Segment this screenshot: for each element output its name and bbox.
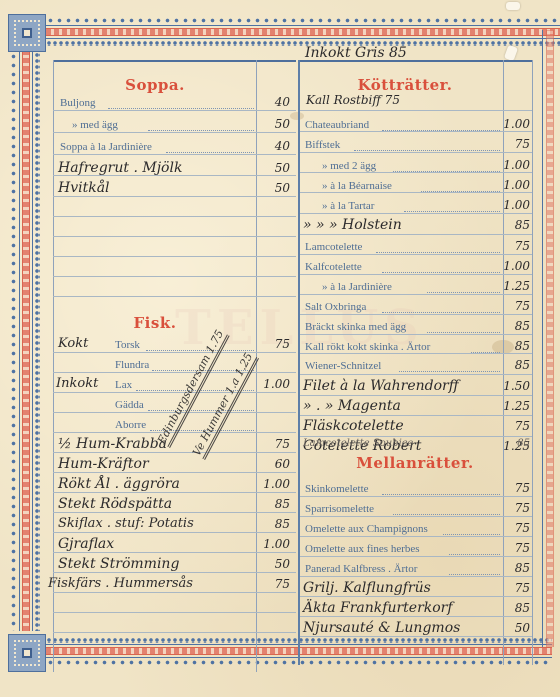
left-table-top-rule xyxy=(53,60,296,62)
border-left xyxy=(10,52,40,631)
menu-price: 75 xyxy=(500,580,530,596)
menu-price: 75 xyxy=(500,298,530,314)
menu-price: 85 xyxy=(258,516,290,532)
menu-price: 1.00 xyxy=(258,376,290,392)
ruled-line xyxy=(300,294,532,295)
ruled-line xyxy=(300,110,532,111)
handwritten-item: Njursauté & Lungmos xyxy=(303,620,460,636)
handwritten-item: Stekt Strömming xyxy=(58,556,179,572)
menu-item: Torsk xyxy=(115,338,140,352)
ruled-line xyxy=(300,596,532,597)
ruled-line xyxy=(300,636,532,637)
handwritten-item: Rökt Ål . äggröra xyxy=(58,476,180,492)
dot-leader xyxy=(108,107,254,109)
menu-price: 1.00 xyxy=(500,177,530,193)
menu-price: 50 xyxy=(258,116,290,132)
handwritten-note: Kall Rostbiff 75 xyxy=(306,92,400,108)
menu-price: 85 xyxy=(500,436,530,452)
section-heading-fisk: Fisk. xyxy=(120,314,190,332)
ruled-line xyxy=(53,632,296,633)
menu-price: 75 xyxy=(500,520,530,536)
menu-price: 85 xyxy=(500,600,530,616)
menu-item: Lax xyxy=(115,378,132,392)
ruled-line xyxy=(300,234,532,235)
ruled-line xyxy=(53,276,296,277)
menu-price: 75 xyxy=(500,238,530,254)
menu-price: 1.25 xyxy=(500,278,530,294)
menu-item: Kall rökt kokt skinka . Ärtor xyxy=(305,340,430,354)
menu-price: 50 xyxy=(258,160,290,176)
ruled-line xyxy=(53,216,296,217)
menu-price: 40 xyxy=(258,94,290,110)
ruled-line xyxy=(300,213,532,214)
ruled-line xyxy=(300,536,532,537)
menu-item: » à la Béarnaise xyxy=(322,179,392,193)
handwritten-prefix: Kokt xyxy=(58,336,88,352)
handwritten-item: » » » Holstein xyxy=(303,217,402,233)
ruled-line xyxy=(53,154,296,155)
ruled-line xyxy=(53,492,296,493)
menu-item: Chateaubriand xyxy=(305,118,369,132)
menu-item: Soppa à la Jardinière xyxy=(60,140,152,154)
handwritten-item: Skiflax . stuf: Potatis xyxy=(58,516,194,532)
header-note-handwritten: Inkokt Gris 85 xyxy=(305,45,407,61)
menu-item: Omelette aux Champignons xyxy=(305,522,428,536)
ruled-line xyxy=(300,314,532,315)
ruled-line xyxy=(53,236,296,237)
dot-leader xyxy=(471,351,500,353)
handwritten-item: Fläskcotelette xyxy=(303,418,404,434)
menu-item: Aborre xyxy=(115,418,146,432)
center-divider xyxy=(298,60,300,665)
menu-price: 50 xyxy=(500,620,530,636)
ruled-line xyxy=(53,592,296,593)
dot-leader xyxy=(421,190,500,192)
paper-tear xyxy=(506,2,520,10)
handwritten-item: Gjraflax xyxy=(58,536,114,552)
dot-leader xyxy=(166,151,254,153)
menu-price: 50 xyxy=(258,180,290,196)
menu-price: 85 xyxy=(500,318,530,334)
handwritten-item: ½ Hum-Krabba xyxy=(58,436,167,452)
menu-item: Skinkomelette xyxy=(305,482,369,496)
handwritten-item: Filet à la Wahrendorff xyxy=(303,378,459,394)
ruled-line xyxy=(53,532,296,533)
menu-item: Flundra xyxy=(115,358,149,372)
handwritten-item: Hvitkål xyxy=(58,180,110,196)
corner-ornament-top-left xyxy=(8,14,46,52)
menu-item: Bräckt skinka med ägg xyxy=(305,320,406,334)
menu-item: Gädda xyxy=(115,398,144,412)
ruled-line xyxy=(300,274,532,275)
dot-leader xyxy=(399,370,500,372)
ruled-line xyxy=(300,334,532,335)
menu-item: » med 2 ägg xyxy=(322,159,376,173)
handwritten-item: Lamcotelette Soubice xyxy=(303,436,413,452)
dot-leader xyxy=(382,129,500,131)
menu-item: Wiener-Schnitzel xyxy=(305,359,381,373)
ruled-line xyxy=(300,576,532,577)
dot-leader xyxy=(382,311,500,313)
menu-price: 1.00 xyxy=(500,258,530,274)
handwritten-item: Äkta Frankfurterkorf xyxy=(303,600,453,616)
menu-price: 1.25 xyxy=(500,398,530,414)
menu-price: 75 xyxy=(500,480,530,496)
menu-price: 1.50 xyxy=(500,378,530,394)
dot-leader xyxy=(427,291,500,293)
menu-item: Omelette aux fines herbes xyxy=(305,542,420,556)
menu-price: 50 xyxy=(258,556,290,572)
ruled-line xyxy=(53,512,296,513)
ruled-line xyxy=(53,372,296,373)
handwritten-item: Hafregrut . Mjölk xyxy=(58,160,182,176)
dot-leader xyxy=(449,553,500,555)
ruled-line xyxy=(53,452,296,453)
dot-leader xyxy=(393,513,500,515)
ruled-line xyxy=(53,552,296,553)
dot-leader xyxy=(382,493,500,495)
menu-price: 1.00 xyxy=(500,197,530,213)
menu-price: 75 xyxy=(500,540,530,556)
ruled-line xyxy=(53,110,296,111)
dot-leader xyxy=(393,170,500,172)
section-heading-soppa: Soppa. xyxy=(100,76,210,94)
handwritten-item: Hum-Kräftor xyxy=(58,456,149,472)
ruled-line xyxy=(53,296,296,297)
dot-leader xyxy=(382,271,500,273)
menu-item: Salt Oxbringa xyxy=(305,300,366,314)
section-heading-mellanratter: Mellanrätter. xyxy=(340,454,490,472)
left-price-divider xyxy=(256,60,257,672)
menu-item: Panerad Kalfbress . Ärtor xyxy=(305,562,417,576)
border-top xyxy=(46,14,560,44)
menu-price: 75 xyxy=(258,576,290,592)
handwritten-item: Stekt Rödspätta xyxy=(58,496,172,512)
ruled-line xyxy=(300,496,532,497)
menu-price: 75 xyxy=(500,418,530,434)
menu-price: 75 xyxy=(500,136,530,152)
ruled-line xyxy=(53,196,296,197)
menu-item: » à la Jardinière xyxy=(322,280,392,294)
handwritten-item: Grilj. Kalflungfrüs xyxy=(303,580,431,596)
ruled-line xyxy=(300,395,532,396)
ruled-line xyxy=(300,254,532,255)
menu-price: 75 xyxy=(500,500,530,516)
menu-price: 1.00 xyxy=(258,476,290,492)
ruled-line xyxy=(53,132,296,133)
ruled-line xyxy=(53,612,296,613)
corner-ornament-bottom-left xyxy=(8,634,46,672)
dot-leader xyxy=(443,533,500,535)
ruled-line xyxy=(53,392,296,393)
menu-price: 85 xyxy=(500,217,530,233)
menu-price: 1.00 xyxy=(500,116,530,132)
menu-price: 85 xyxy=(258,496,290,512)
menu-price: 85 xyxy=(500,357,530,373)
handwritten-item: » . » Magenta xyxy=(303,398,401,414)
menu-price: 60 xyxy=(258,456,290,472)
menu-price: 75 xyxy=(258,436,290,452)
dot-leader xyxy=(449,573,500,575)
handwritten-item: Fiskfärs . Hummersås xyxy=(48,576,193,592)
menu-price: 1.00 xyxy=(500,157,530,173)
menu-price: 75 xyxy=(258,336,290,352)
stain xyxy=(290,112,304,120)
ruled-line xyxy=(300,152,532,153)
ruled-line xyxy=(300,516,532,517)
dot-leader xyxy=(148,129,254,131)
menu-item: Biffstek xyxy=(305,138,340,152)
ruled-line xyxy=(53,472,296,473)
ruled-line xyxy=(300,556,532,557)
dot-leader xyxy=(148,409,254,411)
ruled-line xyxy=(300,415,532,416)
dot-leader xyxy=(427,331,500,333)
ruled-line xyxy=(53,352,296,353)
menu-item: Buljong xyxy=(60,96,95,110)
ruled-line xyxy=(53,572,296,573)
menu-item: Sparrisomelette xyxy=(305,502,374,516)
menu-price: 1.00 xyxy=(258,536,290,552)
ruled-line xyxy=(300,374,532,375)
border-right xyxy=(538,30,560,647)
menu-item: » med ägg xyxy=(72,118,118,132)
menu-price: 85 xyxy=(500,338,530,354)
ruled-line xyxy=(300,616,532,617)
menu-item: Kalfcotelette xyxy=(305,260,362,274)
right-table-edge xyxy=(532,60,533,665)
dot-leader xyxy=(146,349,254,351)
dot-leader xyxy=(354,149,500,151)
dot-leader xyxy=(404,210,500,212)
menu-item: » à la Tartar xyxy=(322,199,374,213)
ruled-line xyxy=(53,256,296,257)
right-table-top-rule xyxy=(300,60,532,62)
handwritten-prefix: Inkokt xyxy=(56,376,98,392)
menu-item: Lamcotelette xyxy=(305,240,362,254)
dot-leader xyxy=(376,251,500,253)
menu-price: 85 xyxy=(500,560,530,576)
menu-price: 40 xyxy=(258,138,290,154)
